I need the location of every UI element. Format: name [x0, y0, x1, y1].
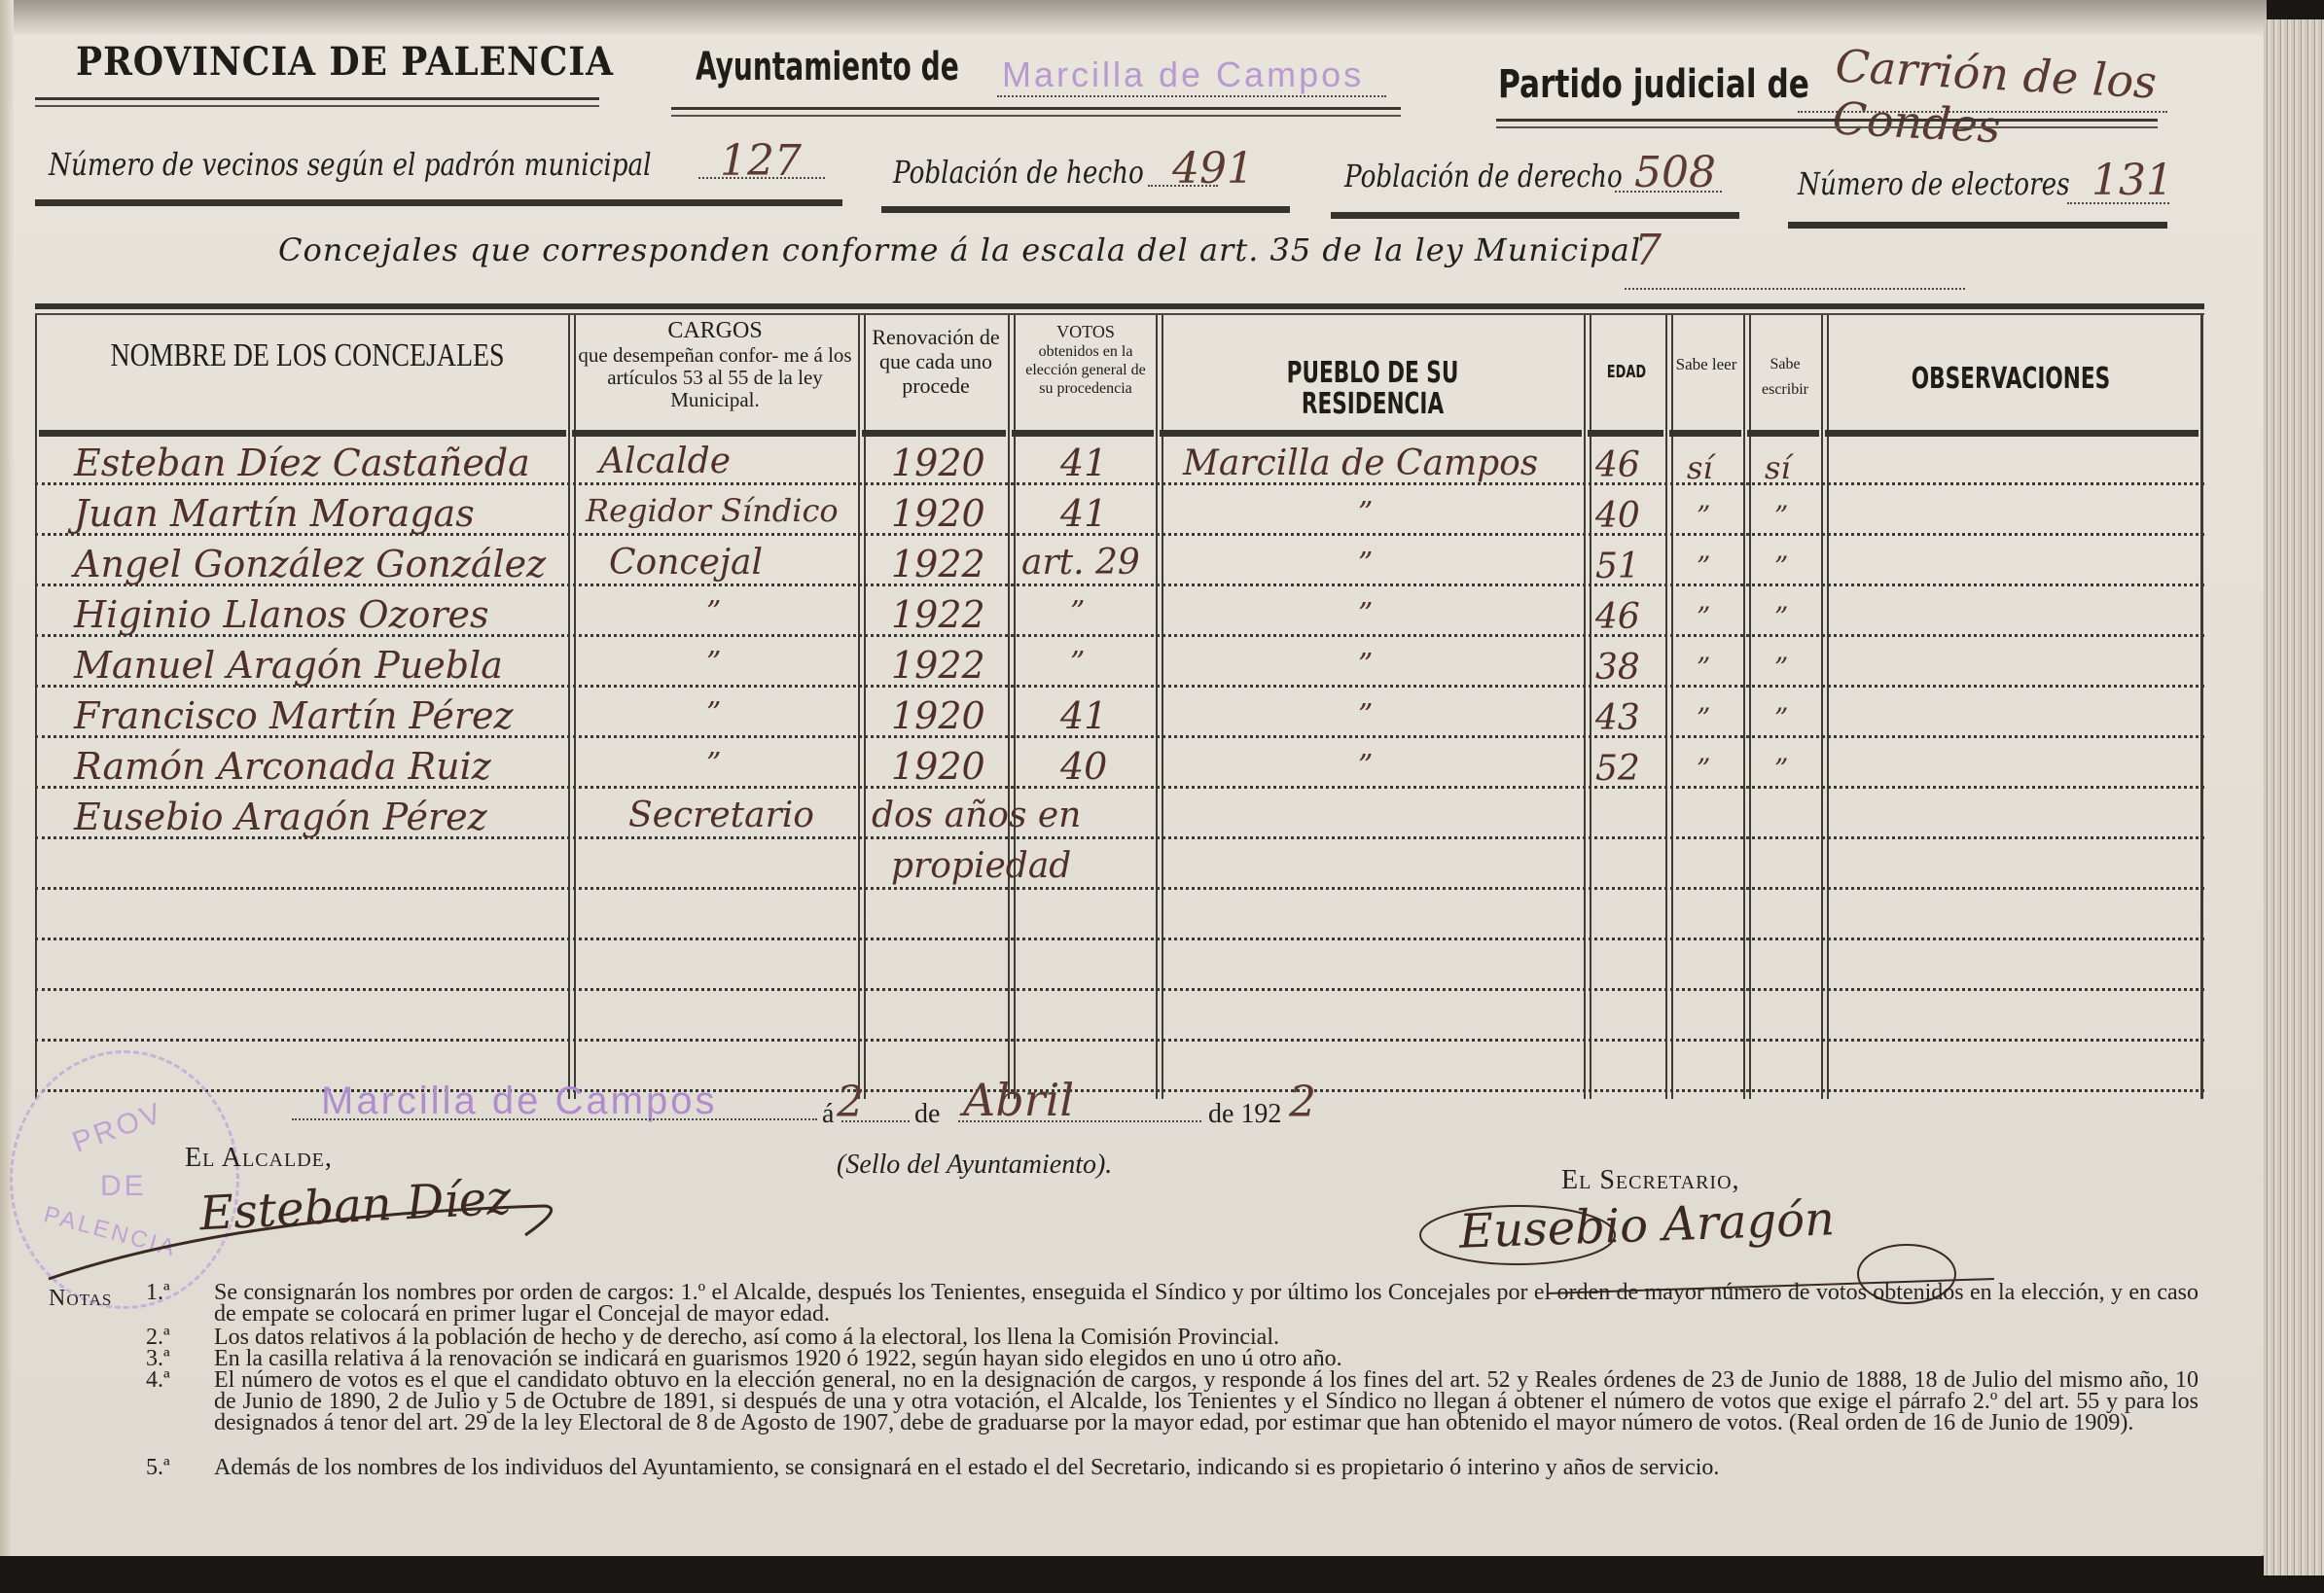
cell-leer: ”: [1697, 550, 1710, 583]
cell-renovacion: dos años en: [872, 796, 1081, 835]
header-rule: [671, 107, 1401, 110]
cell-nombre: Ramón Arconada Ruiz: [74, 745, 491, 788]
cell-pueblo: ”: [1358, 547, 1373, 581]
cell-leer: ”: [1697, 500, 1710, 532]
cell-leer: ”: [1697, 652, 1710, 684]
cell-edad: 38: [1595, 648, 1640, 688]
col-divider: [1008, 315, 1010, 1099]
place-dotted-field: [292, 1118, 817, 1120]
stats-rule: [1788, 222, 2167, 229]
header-rule: [1496, 119, 2158, 122]
ayuntamiento-dotted-field: [997, 95, 1386, 97]
col-header-edad: EDAD: [1601, 364, 1652, 382]
concejales-label: Concejales que corresponden conforme á l…: [278, 231, 1641, 268]
header-rule: [1747, 430, 1819, 437]
cell-escribir: ”: [1774, 500, 1788, 532]
cell-pueblo: ”: [1358, 496, 1373, 530]
col-divider: [858, 315, 860, 1099]
note-number: 3.ª: [146, 1348, 204, 1369]
cell-nombre: Angel González González: [74, 543, 546, 585]
table-right-border: [2200, 315, 2203, 1099]
table-top-border: [35, 303, 2204, 309]
col-header-votos-title: VOTOS: [1018, 323, 1154, 341]
cell-edad: 52: [1595, 749, 1640, 789]
page-left-edge: [0, 0, 14, 1556]
header-rule: [39, 430, 566, 437]
book-page-edges: [2264, 19, 2324, 1575]
col-divider: [1821, 315, 1823, 1099]
electores-value: 131: [2092, 156, 2173, 205]
col-divider: [1156, 315, 1158, 1099]
vecinos-dotted-field: [698, 177, 825, 179]
cell-cargo: ”: [706, 696, 721, 730]
cell-cargo: Alcalde: [599, 442, 731, 481]
hecho-dotted-field: [1148, 185, 1218, 187]
ayuntamiento-value-stamp: Marcilla de Campos: [1002, 54, 1364, 95]
provincia-title: PROVINCIA DE PALENCIA: [76, 39, 614, 85]
col-header-pueblo: PUEBLO DE SU RESIDENCIA: [1224, 358, 1522, 419]
cell-renovacion: 1920: [891, 694, 985, 737]
cell-pueblo: ”: [1358, 597, 1373, 631]
cell-votos: ”: [1070, 595, 1085, 629]
cell-renovacion: 1920: [891, 492, 985, 535]
header-rule: [1012, 430, 1154, 437]
cell-renovacion: 1922: [891, 543, 985, 585]
cell-votos: 41: [1060, 442, 1107, 484]
note-number: 4.ª: [146, 1369, 204, 1391]
row-line: [35, 1039, 2204, 1042]
cell-renovacion: 1920: [891, 442, 985, 484]
cell-edad: 43: [1595, 698, 1640, 738]
cell-leer: ”: [1697, 753, 1710, 785]
month-dotted-field: [958, 1120, 1201, 1122]
cell-pueblo: ”: [1358, 749, 1373, 783]
cell-votos: ”: [1070, 646, 1085, 680]
seal-text: PROV: [68, 1096, 168, 1159]
col-divider: [568, 315, 570, 1099]
header-rule: [572, 430, 856, 437]
cell-cargo: ”: [706, 595, 721, 629]
concejales-table: NOMBRE DE LOS CONCEJALES CARGOS que dese…: [35, 303, 2204, 1099]
cell-escribir: ”: [1774, 702, 1788, 734]
cell-escribir: ”: [1774, 753, 1788, 785]
cell-pueblo: Marcilla de Campos: [1183, 443, 1538, 483]
cell-edad: 46: [1595, 445, 1640, 485]
partido-dotted-field: [1798, 111, 2167, 113]
cell-renovacion: 1922: [891, 644, 985, 687]
cell-votos: 41: [1060, 694, 1107, 737]
header-rule: [1669, 430, 1741, 437]
note-text: En la casilla relativa á la renovación s…: [214, 1348, 2199, 1369]
alcalde-label: El Alcalde,: [185, 1143, 333, 1174]
cell-nombre: Francisco Martín Pérez: [74, 694, 514, 737]
date-de: de: [914, 1099, 940, 1130]
col-header-observaciones: OBSERVACIONES: [1881, 364, 2140, 395]
alcalde-signature-flourish: [39, 1196, 584, 1284]
hecho-label: Población de hecho: [893, 154, 1144, 191]
cell-edad: 51: [1595, 547, 1640, 586]
stats-rule: [35, 199, 842, 206]
col-header-cargos-sub: que desempeñan confor- me á los artículo…: [576, 344, 854, 411]
cell-nombre: Manuel Aragón Puebla: [74, 644, 503, 687]
cell-nombre: Esteban Díez Castañeda: [74, 442, 530, 484]
cell-leer: ”: [1697, 702, 1710, 734]
col-header-renovacion: Renovación de que cada uno procede: [868, 325, 1004, 398]
note-number: 2.ª: [146, 1327, 204, 1348]
day-dotted-field: [841, 1120, 910, 1122]
cell-renovacion: 1922: [891, 593, 985, 636]
partido-label: Partido judicial de: [1498, 62, 1809, 107]
note-text: Además de los nombres de los individuos …: [214, 1457, 2199, 1478]
cell-votos: 41: [1060, 492, 1107, 535]
header-rule: [1825, 430, 2199, 437]
ayuntamiento-label: Ayuntamiento de: [696, 45, 959, 89]
cell-cargo: Secretario: [628, 796, 814, 835]
vecinos-label: Número de vecinos según el padrón munici…: [49, 146, 652, 183]
cell-cargo: ”: [706, 646, 721, 680]
col-header-cargos-title: CARGOS: [576, 319, 854, 343]
date-month: Abril: [963, 1074, 1074, 1126]
cell-escribir: ”: [1774, 601, 1788, 633]
cell-nombre: Juan Martín Moragas: [74, 492, 475, 535]
row-line: [35, 887, 2204, 890]
col-header-leer: Sabe leer: [1673, 352, 1739, 377]
header-rule: [862, 430, 1006, 437]
col-header-nombre: NOMBRE DE LOS CONCEJALES: [100, 338, 515, 373]
cell-leer: sí: [1687, 449, 1713, 486]
cell-escribir: sí: [1765, 449, 1791, 486]
row-line: [35, 938, 2204, 940]
stats-rule: [1331, 212, 1739, 219]
note-number: 5.ª: [146, 1457, 204, 1478]
col-divider: [1665, 315, 1667, 1099]
col-divider: [1584, 315, 1586, 1099]
table-top-border-inner: [35, 313, 2204, 315]
note-text: El número de votos es el que el candidat…: [214, 1369, 2199, 1434]
cell-escribir: ”: [1774, 652, 1788, 684]
concejales-dotted-field: [1625, 288, 1965, 290]
cell-cargo: ”: [706, 747, 721, 781]
cell-nombre: Higinio Llanos Ozores: [74, 593, 489, 636]
cell-nombre: Eusebio Aragón Pérez: [74, 796, 487, 838]
col-header-votos-sub: obtenidos en la elección general de su p…: [1018, 342, 1154, 398]
col-header-escribir: Sabe escribir: [1751, 352, 1819, 403]
cell-cargo: Regidor Síndico: [586, 492, 839, 529]
derecho-dotted-field: [1615, 191, 1722, 193]
cell-cargo: Concejal: [609, 543, 763, 583]
concejales-value: 7: [1634, 226, 1662, 275]
document-page: PROVINCIA DE PALENCIA Ayuntamiento de Ma…: [0, 0, 2267, 1556]
cell-escribir: ”: [1774, 550, 1788, 583]
derecho-label: Población de derecho: [1344, 158, 1623, 195]
date-a: á: [822, 1099, 834, 1130]
cell-renovacion: propiedad: [891, 846, 1071, 886]
notes-label: Notas: [49, 1288, 112, 1309]
header-rule: [1160, 430, 1582, 437]
cell-pueblo: ”: [1358, 648, 1373, 682]
row-line: [35, 988, 2204, 991]
col-divider: [1743, 315, 1745, 1099]
sello-label: (Sello del Ayuntamiento).: [837, 1150, 1112, 1181]
cell-edad: 40: [1595, 496, 1640, 536]
note-text: Se consignarán los nombres por orden de …: [214, 1282, 2199, 1325]
partido-value-handwritten: Carrión de los Condes: [1831, 39, 2269, 166]
cell-leer: ”: [1697, 601, 1710, 633]
cell-edad: 46: [1595, 597, 1640, 637]
table-left-border: [35, 315, 37, 1099]
electores-dotted-field: [2067, 202, 2169, 204]
note-text: Los datos relativos á la población de he…: [214, 1327, 2199, 1348]
cell-votos: art. 29: [1021, 543, 1140, 583]
header-rule: [35, 97, 599, 100]
electores-label: Número de electores: [1798, 165, 2070, 202]
cell-renovacion: 1920: [891, 745, 985, 788]
cell-votos: 40: [1060, 745, 1107, 788]
date-de-year: de 192: [1208, 1099, 1281, 1130]
place-stamp: Marcilla de Campos: [321, 1080, 717, 1123]
header-rule: [1588, 430, 1663, 437]
stats-rule: [881, 206, 1290, 213]
cell-pueblo: ”: [1358, 698, 1373, 732]
date-year-digit: 2: [1289, 1078, 1316, 1127]
note-number: 1.ª: [146, 1282, 204, 1303]
